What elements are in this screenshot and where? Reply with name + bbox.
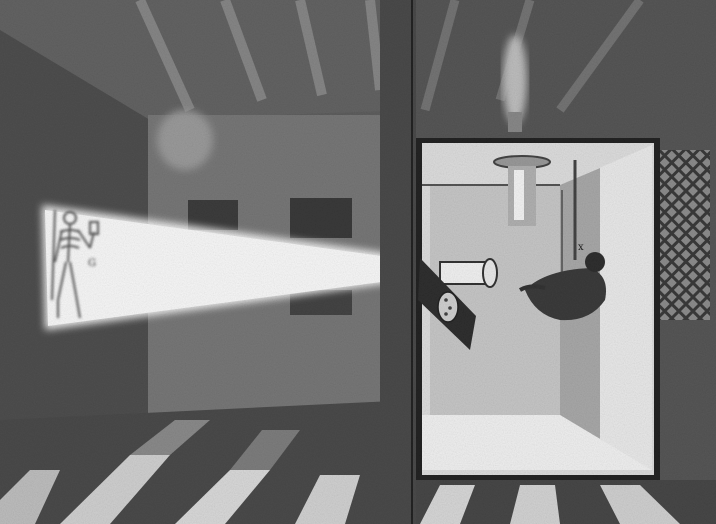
back-window-right bbox=[290, 198, 352, 238]
svg-text:x: x bbox=[578, 242, 584, 253]
figure-mark: G bbox=[88, 258, 96, 269]
engraving-scene: x G bbox=[0, 0, 716, 524]
checkered-floor bbox=[0, 400, 412, 524]
back-window-left bbox=[188, 200, 238, 230]
dividing-wall bbox=[380, 0, 416, 524]
lattice-window bbox=[660, 150, 710, 320]
